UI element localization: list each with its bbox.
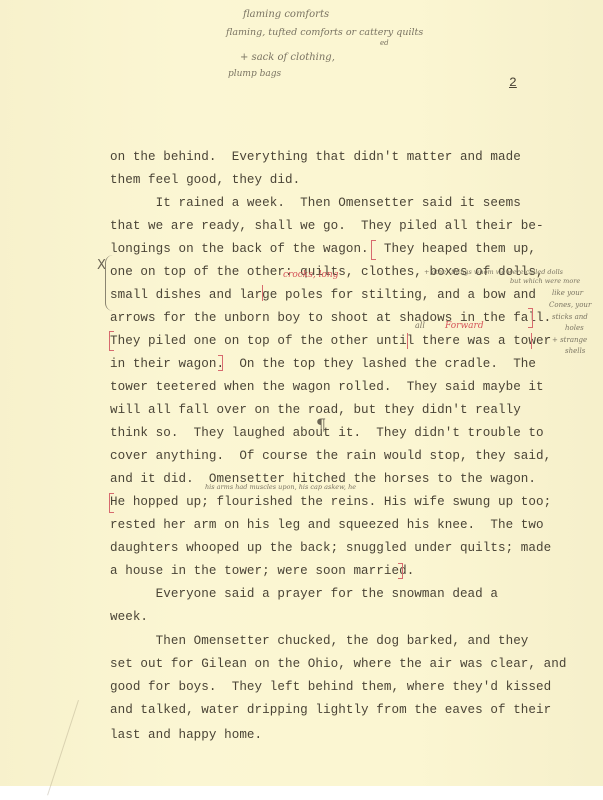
annotation-forward: Forward bbox=[445, 322, 484, 331]
paragraph-mark: ¶ bbox=[316, 415, 326, 434]
typed-line: and talked, water dripping lightly from … bbox=[110, 703, 551, 717]
margin-note-6: shells bbox=[565, 348, 585, 355]
typed-line: Everyone said a prayer for the snowman d… bbox=[110, 587, 498, 601]
typed-line: arrows for the unborn boy to shoot at sh… bbox=[110, 311, 551, 325]
top-note-2-sup: ed bbox=[380, 40, 389, 47]
top-note-3: + sack of clothing, bbox=[240, 53, 335, 63]
margin-note-2: Cones, your bbox=[549, 302, 591, 309]
document-page: flaming comforts flaming, tufted comfort… bbox=[0, 0, 603, 786]
red-bracket-close bbox=[218, 355, 223, 371]
red-insert-caret bbox=[407, 333, 408, 349]
red-bracket-open bbox=[109, 493, 114, 513]
red-bracket-open bbox=[371, 240, 376, 260]
typed-line: He hopped up; flourished the reins. His … bbox=[110, 495, 551, 509]
top-note-4: plump bags bbox=[228, 70, 281, 79]
typed-line: on the behind. Everything that didn't ma… bbox=[110, 150, 521, 164]
red-insert-caret bbox=[531, 333, 532, 349]
red-bracket-close bbox=[398, 563, 403, 579]
typed-line: rested her arm on his leg and squeezed h… bbox=[110, 518, 544, 532]
typed-line: They piled one on top of the other until… bbox=[110, 334, 551, 348]
annotation-dolls: + other things whom we were called dolls bbox=[424, 269, 563, 276]
annotation-horses: his arms had muscles upon, his cap askew… bbox=[205, 484, 356, 491]
annotation-crocks: crocks, long bbox=[283, 271, 338, 280]
annotation-dolls-2: but which were more bbox=[510, 278, 580, 285]
typed-line: small dishes and large poles for stiltin… bbox=[110, 288, 536, 302]
top-note-1: flaming comforts bbox=[243, 10, 329, 20]
typed-line: cover anything. Of course the rain would… bbox=[110, 449, 551, 463]
red-bracket-close bbox=[528, 308, 533, 328]
typed-line: in their wagon. On the top they lashed t… bbox=[110, 357, 536, 371]
typed-line: a house in the tower; were soon married. bbox=[110, 564, 414, 578]
red-insert-caret bbox=[262, 285, 263, 301]
typed-line: longings on the back of the wagon. They … bbox=[110, 242, 536, 256]
paper-crease bbox=[47, 700, 79, 795]
annotation-all: all bbox=[415, 322, 425, 330]
typed-line: think so. They laughed about it. They di… bbox=[110, 426, 544, 440]
typed-line: Then Omensetter chucked, the dog barked,… bbox=[110, 634, 528, 648]
margin-note-1: like your bbox=[552, 290, 583, 297]
margin-note-3: sticks and bbox=[552, 314, 588, 321]
typed-line: them feel good, they did. bbox=[110, 173, 300, 187]
margin-note-5: + strange bbox=[552, 337, 587, 344]
typed-line: good for boys. They left behind them, wh… bbox=[110, 680, 551, 694]
margin-note-4: holes bbox=[565, 325, 584, 332]
top-note-2: flaming, tufted comforts or cattery quil… bbox=[226, 28, 423, 38]
typed-line: that we are ready, shall we go. They pil… bbox=[110, 219, 544, 233]
typed-line: week. bbox=[110, 610, 148, 624]
margin-bracket-line bbox=[105, 255, 114, 311]
page-number: 2 bbox=[509, 75, 517, 90]
red-bracket-open bbox=[109, 331, 114, 351]
typed-line: tower teetered when the wagon rolled. Th… bbox=[110, 380, 544, 394]
typed-line: It rained a week. Then Omensetter said i… bbox=[110, 196, 521, 210]
typed-line: last and happy home. bbox=[110, 728, 262, 742]
typed-line: daughters whooped up the back; snuggled … bbox=[110, 541, 551, 555]
typed-line: set out for Gilean on the Ohio, where th… bbox=[110, 657, 566, 671]
